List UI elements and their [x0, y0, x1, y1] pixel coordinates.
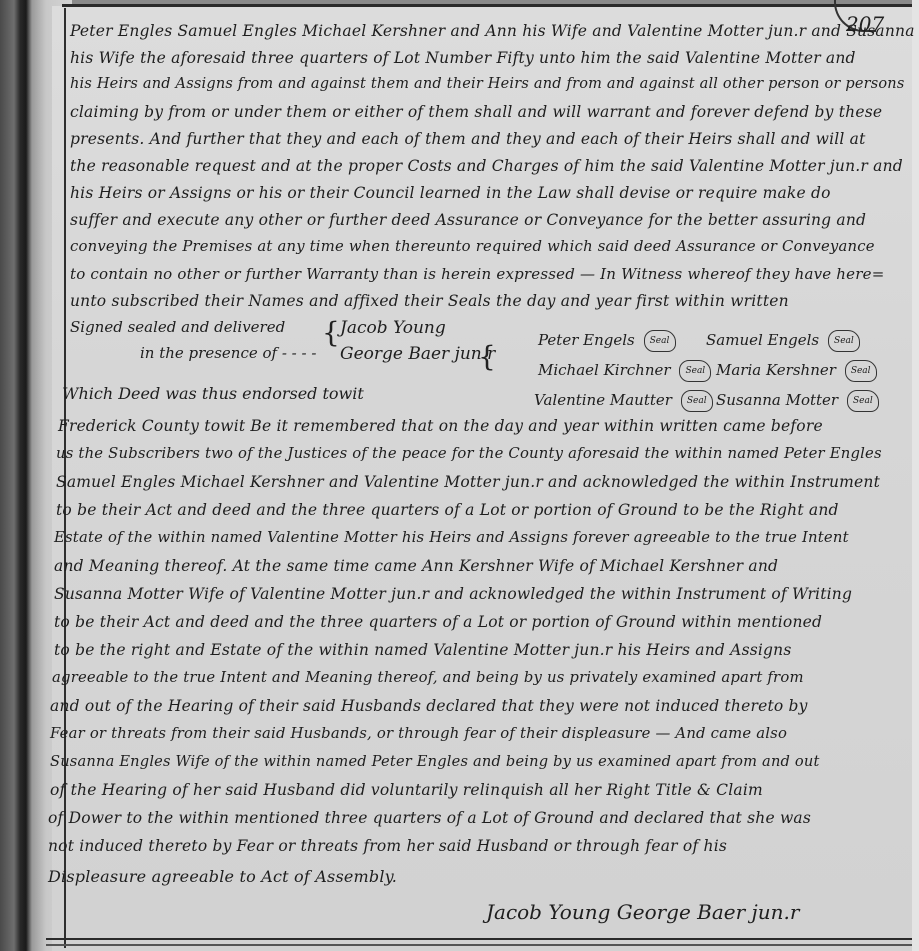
body-line: claiming by from or under them or either… — [70, 103, 882, 121]
bottom-rule — [46, 944, 912, 946]
body-line: his Wife the aforesaid three quarters of… — [70, 49, 856, 67]
body-line: unto subscribed their Names and affixed … — [70, 292, 789, 310]
attestation-line-2: in the presence of - - - - — [140, 344, 316, 362]
signatory: Maria Kershner Seal — [716, 360, 877, 382]
justices-signatures: Jacob Young George Baer jun.r — [486, 900, 799, 924]
signatory: Michael Kirchner Seal — [538, 360, 711, 382]
endorsement-line: and out of the Hearing of their said Hus… — [50, 697, 808, 715]
body-line: his Heirs and Assigns from and against t… — [70, 76, 904, 92]
endorsement-line: not induced thereto by Fear or threats f… — [48, 837, 727, 855]
endorsement-line: Fear or threats from their said Husbands… — [50, 725, 787, 742]
body-line: presents. And further that they and each… — [70, 130, 866, 148]
signatory: Susanna Motter Seal — [716, 390, 879, 412]
endorsement-line: Susanna Engles Wife of the within named … — [50, 753, 820, 770]
endorsement-heading: Which Deed was thus endorsed towit — [62, 384, 364, 403]
body-line: Peter Engles Samuel Engles Michael Kersh… — [70, 22, 915, 40]
endorsement-line: to be their Act and deed and the three q… — [54, 613, 822, 631]
endorsement-line: Displeasure agreeable to Act of Assembly… — [48, 867, 397, 886]
endorsement-line: agreeable to the true Intent and Meaning… — [52, 669, 804, 686]
seal-icon: Seal — [681, 390, 713, 412]
bottom-rule — [46, 938, 912, 940]
witness-signature: Jacob Young — [340, 318, 446, 338]
seal-icon: Seal — [644, 330, 676, 352]
signatory-name: Peter Engels — [538, 331, 635, 349]
attestation-bracket: { — [322, 316, 340, 349]
body-line: his Heirs or Assigns or his or their Cou… — [70, 184, 831, 202]
endorsement-line: of the Hearing of her said Husband did v… — [50, 781, 763, 799]
seal-icon: Seal — [847, 390, 879, 412]
endorsement-line: of Dower to the within mentioned three q… — [48, 809, 811, 827]
signatory-name: Valentine Mautter — [534, 391, 672, 409]
signatory: Samuel Engels Seal — [706, 330, 860, 352]
signatory-name: Susanna Motter — [716, 391, 838, 409]
endorsement-line: to be their Act and deed and the three q… — [56, 501, 839, 519]
seal-icon: Seal — [845, 360, 877, 382]
signatory-bracket: { — [478, 340, 496, 373]
page-top-edge — [62, 4, 912, 7]
seal-icon: Seal — [679, 360, 711, 382]
endorsement-line: Frederick County towit Be it remembered … — [58, 417, 823, 435]
signatory: Peter Engels Seal — [538, 330, 676, 352]
body-line: conveying the Premises at any time when … — [70, 238, 875, 255]
signatory: Valentine Mautter Seal — [534, 390, 713, 412]
endorsement-line: Estate of the within named Valentine Mot… — [54, 529, 849, 546]
signatory-name: Maria Kershner — [716, 361, 836, 379]
endorsement-line: Samuel Engles Michael Kershner and Valen… — [56, 473, 880, 491]
scan-edge — [912, 0, 919, 951]
endorsement-line: us the Subscribers two of the Justices o… — [56, 445, 882, 462]
endorsement-line: and Meaning thereof. At the same time ca… — [54, 557, 778, 575]
body-line: suffer and execute any other or further … — [70, 211, 866, 229]
attestation-line-1: Signed sealed and delivered — [70, 318, 285, 336]
body-line: to contain no other or further Warranty … — [70, 265, 884, 283]
endorsement-line: Susanna Motter Wife of Valentine Motter … — [54, 585, 852, 603]
signatory-name: Michael Kirchner — [538, 361, 671, 379]
body-line: the reasonable request and at the proper… — [70, 157, 903, 175]
witness-signature: George Baer jun.r — [340, 344, 495, 364]
endorsement-line: to be the right and Estate of the within… — [54, 641, 792, 659]
seal-icon: Seal — [828, 330, 860, 352]
signatory-name: Samuel Engels — [706, 331, 819, 349]
